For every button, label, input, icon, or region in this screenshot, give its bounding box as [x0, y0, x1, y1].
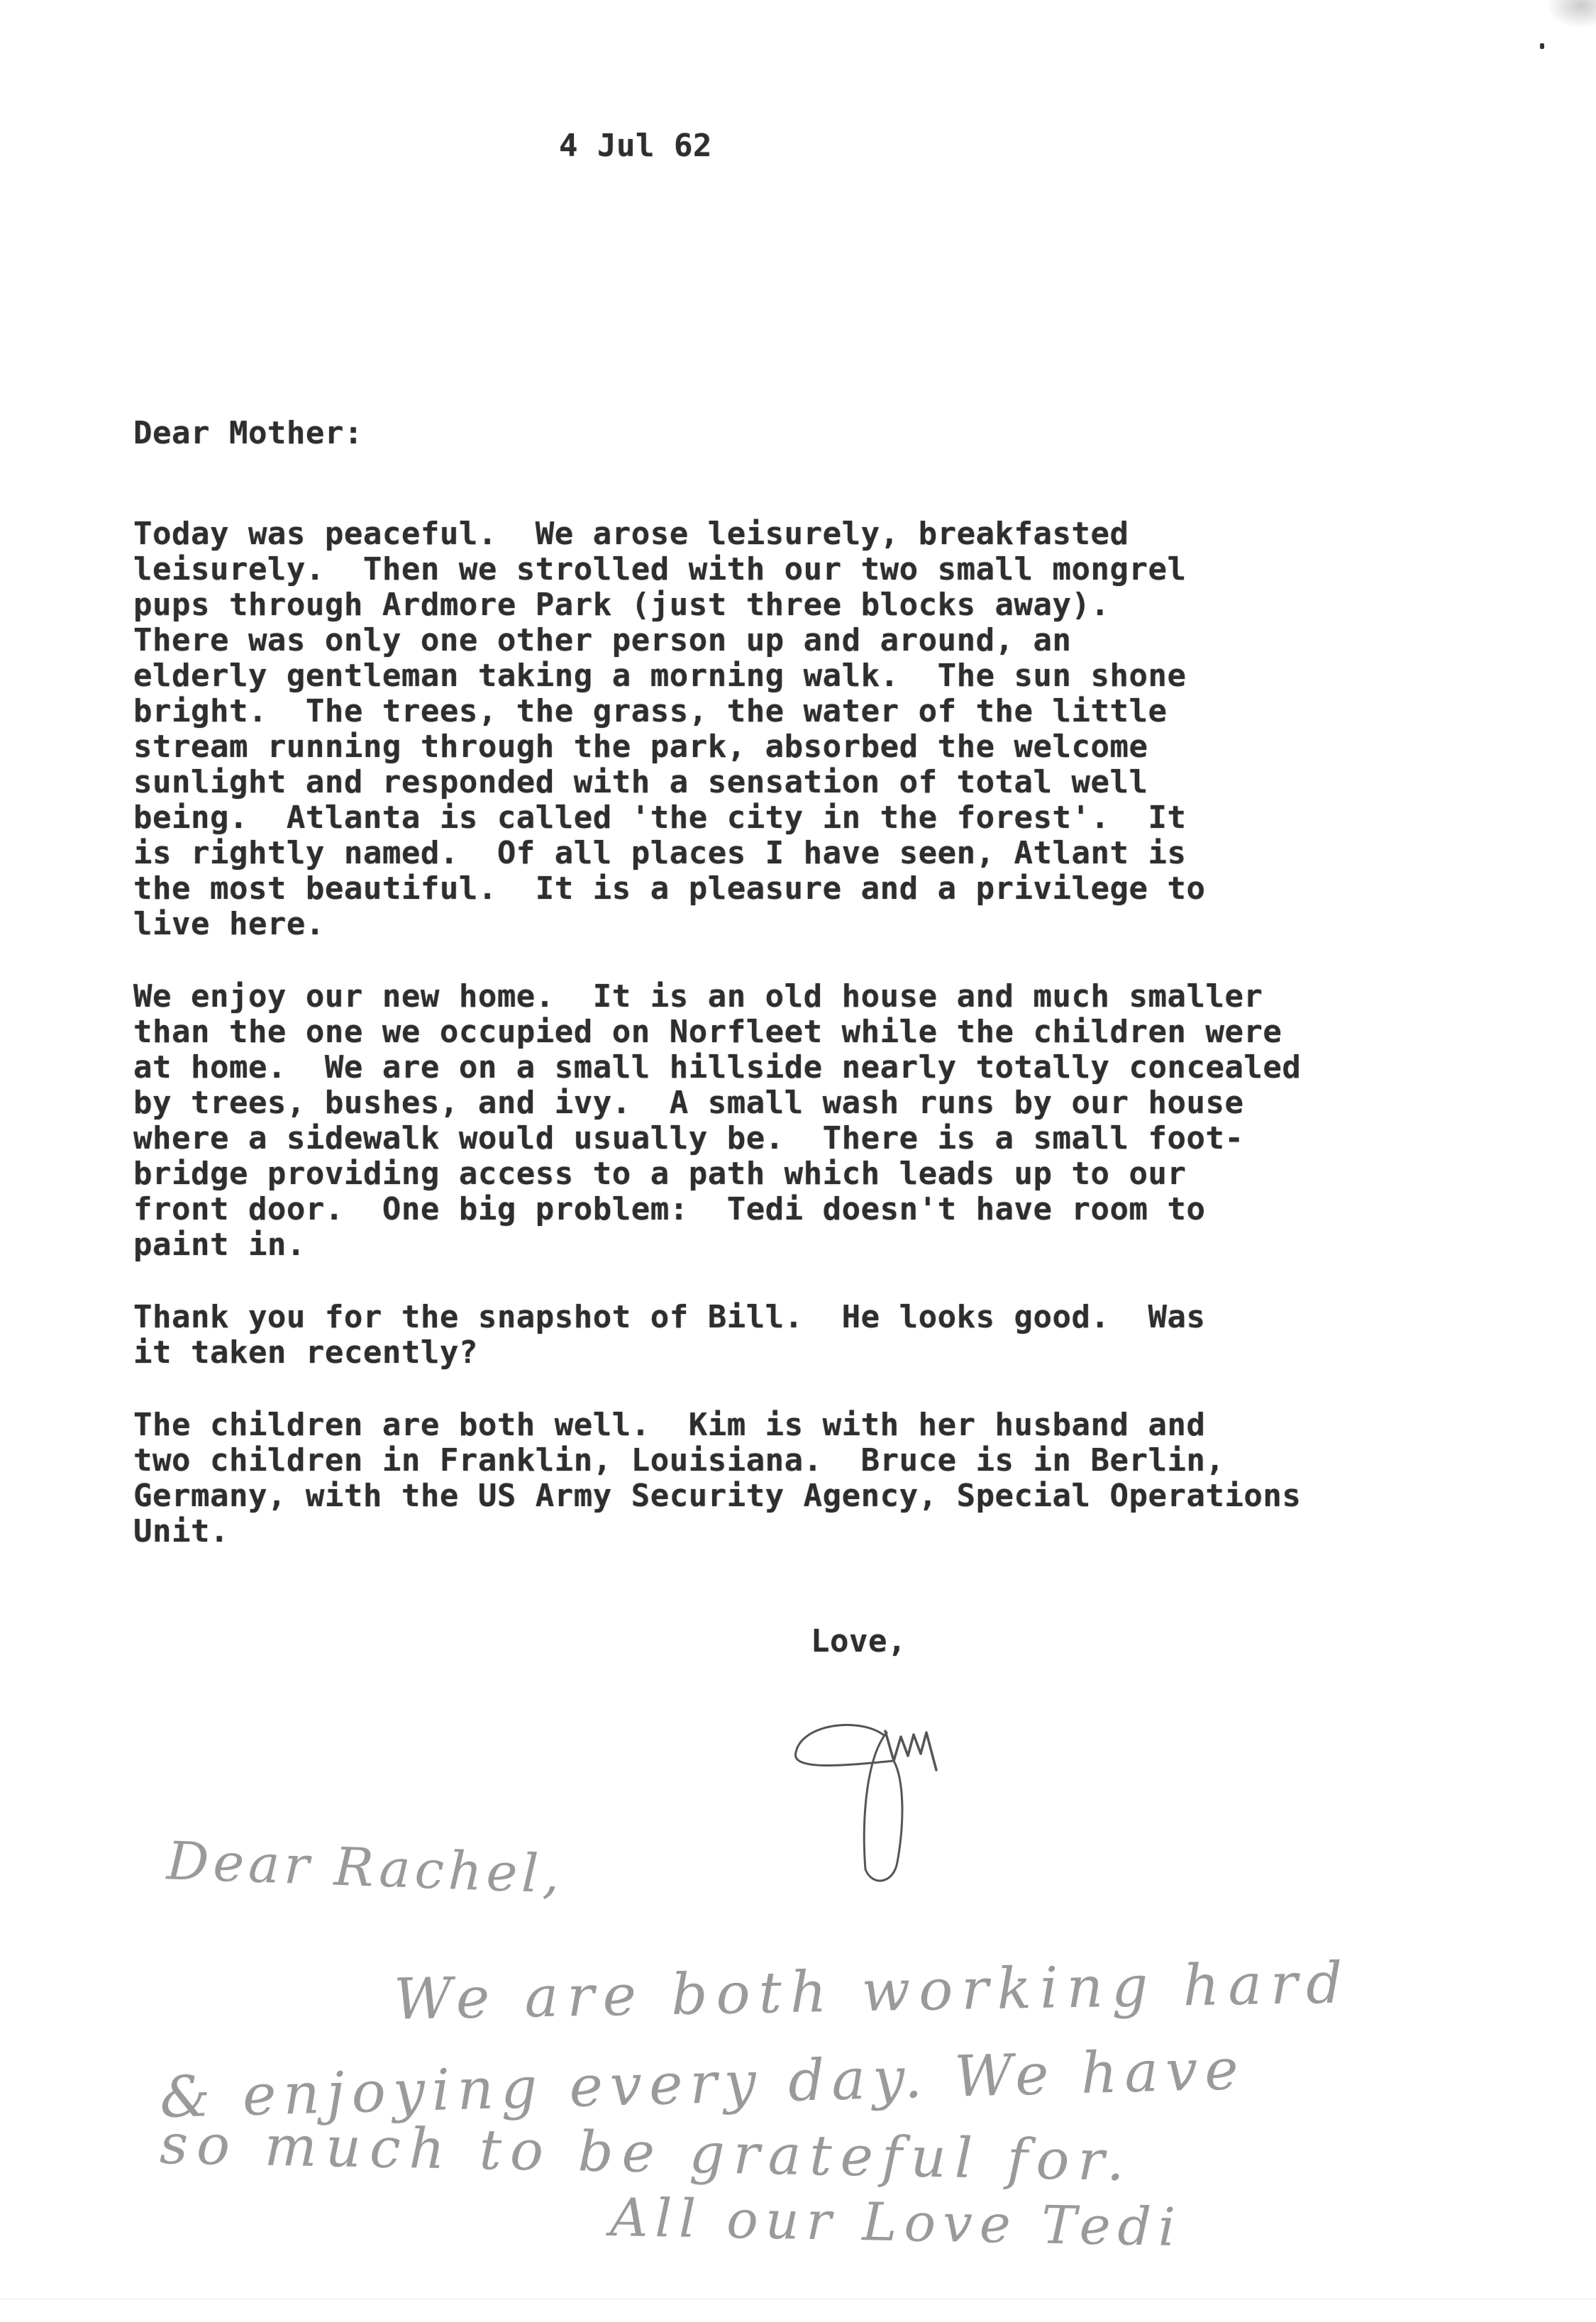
letter-body: Today was peaceful. We arose leisurely, … — [133, 516, 1481, 1586]
letter-closing: Love, — [811, 1623, 907, 1659]
text-line: is rightly named. Of all places I have s… — [133, 836, 1481, 871]
text-line: two children in Franklin, Louisiana. Bru… — [133, 1443, 1481, 1478]
letter-date: 4 Jul 62 — [559, 128, 712, 164]
handwritten-signoff: All our Love Tedi — [609, 2187, 1182, 2258]
text-line: stream running through the park, absorbe… — [133, 729, 1481, 765]
letter-salutation: Dear Mother: — [133, 415, 363, 451]
text-line: front door. One big problem: Tedi doesn'… — [133, 1192, 1481, 1227]
text-line: We enjoy our new home. It is an old hous… — [133, 979, 1481, 1015]
scan-artifact-dot — [1540, 43, 1544, 49]
handwritten-greeting: Dear Rachel, — [166, 1830, 565, 1905]
text-line: paint in. — [133, 1227, 1481, 1263]
paragraph: The children are both well. Kim is with … — [133, 1408, 1481, 1549]
text-line: leisurely. Then we strolled with our two… — [133, 552, 1481, 587]
text-line: it taken recently? — [133, 1335, 1481, 1371]
text-line: Today was peaceful. We arose leisurely, … — [133, 516, 1481, 552]
text-line: live here. — [133, 907, 1481, 942]
text-line: by trees, bushes, and ivy. A small wash … — [133, 1085, 1481, 1121]
letter-page: 4 Jul 62 Dear Mother: Today was peaceful… — [0, 0, 1596, 2322]
signature-icon — [794, 1717, 979, 1887]
text-line: at home. We are on a small hillside near… — [133, 1050, 1481, 1085]
text-line: Unit. — [133, 1514, 1481, 1549]
text-line: the most beautiful. It is a pleasure and… — [133, 871, 1481, 907]
handwritten-line: so much to be grateful for. — [159, 2113, 1133, 2194]
text-line: where a sidewalk would usually be. There… — [133, 1121, 1481, 1156]
scan-artifact — [1546, 0, 1596, 28]
text-line: pups through Ardmore Park (just three bl… — [133, 587, 1481, 623]
text-line: elderly gentleman taking a morning walk.… — [133, 658, 1481, 694]
text-line: bright. The trees, the grass, the water … — [133, 694, 1481, 729]
text-line: Germany, with the US Army Security Agenc… — [133, 1478, 1481, 1514]
text-line: being. Atlanta is called 'the city in th… — [133, 800, 1481, 836]
handwritten-line: We are both working hard — [393, 1950, 1351, 2033]
paragraph: Thank you for the snapshot of Bill. He l… — [133, 1300, 1481, 1371]
scan-edge-line — [0, 2299, 1596, 2299]
text-line: sunlight and responded with a sensation … — [133, 765, 1481, 800]
paragraph: Today was peaceful. We arose leisurely, … — [133, 516, 1481, 942]
paragraph: We enjoy our new home. It is an old hous… — [133, 979, 1481, 1263]
text-line: bridge providing access to a path which … — [133, 1156, 1481, 1192]
text-line: The children are both well. Kim is with … — [133, 1408, 1481, 1443]
text-line: There was only one other person up and a… — [133, 623, 1481, 658]
text-line: Thank you for the snapshot of Bill. He l… — [133, 1300, 1481, 1335]
text-line: than the one we occupied on Norfleet whi… — [133, 1015, 1481, 1050]
